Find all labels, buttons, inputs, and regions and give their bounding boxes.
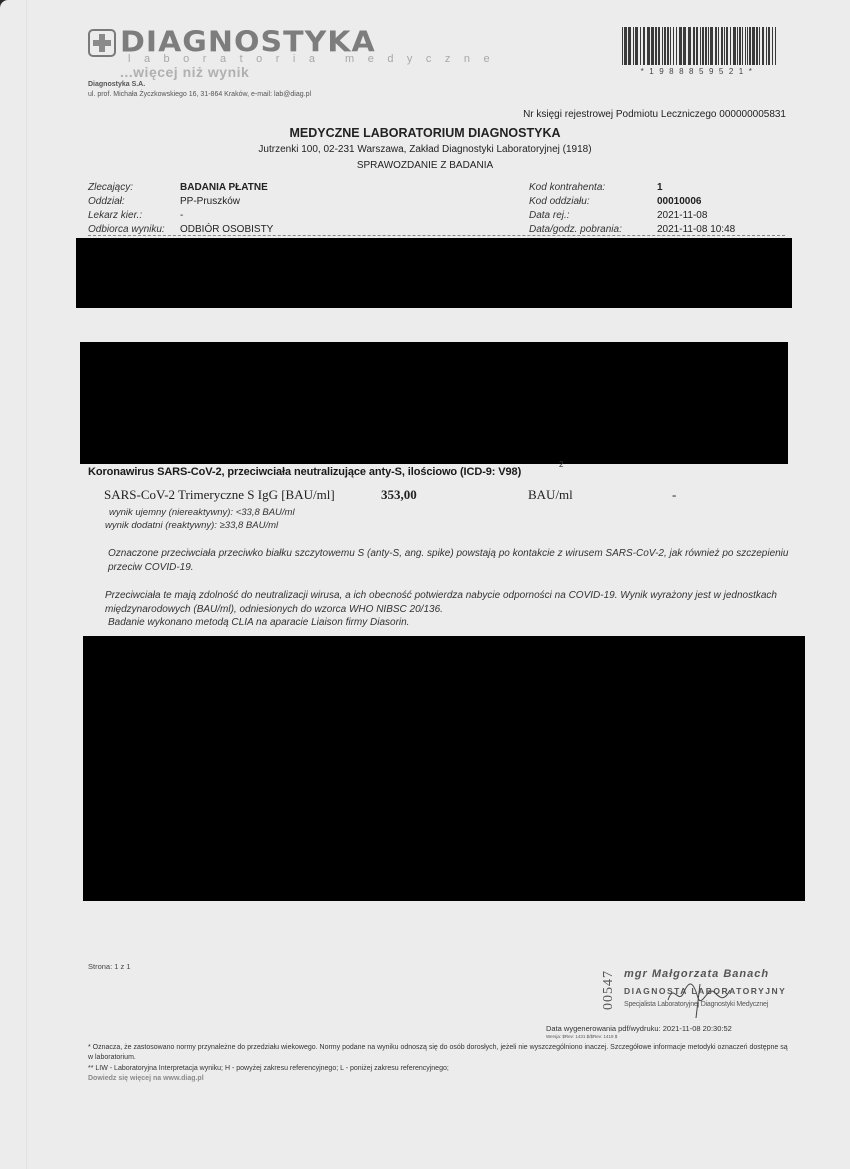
meta-divider: [88, 235, 785, 236]
redacted-results-block: [80, 342, 788, 464]
meta-label-collection-datetime: Data/godz. pobrania:: [529, 224, 622, 235]
meta-label-branch: Oddział:: [88, 196, 125, 207]
company-name: Diagnostyka S.A.: [88, 81, 145, 88]
redacted-lower-block: [83, 636, 805, 901]
report-page: DIAGNOSTYKA laboratoria medyczne ...więc…: [0, 0, 850, 1169]
meta-label-contractor-code: Kod kontrahenta:: [529, 182, 605, 193]
website-link[interactable]: Dowiedz się więcej na www.diag.pl: [88, 1075, 204, 1082]
barcode-number: *1988859521*: [622, 67, 776, 76]
registry-number: Nr księgi rejestrowej Podmiotu Lecznicze…: [523, 109, 786, 120]
test-unit: BAU/ml: [528, 487, 573, 503]
test-flag: -: [672, 487, 676, 503]
company-address: ul. prof. Michała Życzkowskiego 16, 31-8…: [88, 91, 311, 98]
meta-label-recipient: Odbiorca wyniku:: [88, 224, 165, 235]
meta-label-branch-code: Kod oddziału:: [529, 196, 590, 207]
version-info: Wersja: $Rev: 1431 $/$Rev: 1419 $: [546, 1034, 617, 1039]
meta-value-contractor-code: 1: [657, 182, 663, 193]
test-title: Koronawirus SARS-CoV-2, przeciwciała neu…: [88, 466, 521, 478]
meta-value-ordering: BADANIA PŁATNE: [180, 182, 268, 193]
logo-tagline: ...więcej niż wynik: [120, 64, 249, 80]
footnote-legend: ** LIW - Laboratoryjna Interpretacja wyn…: [88, 1064, 788, 1074]
meta-label-registration-date: Data rej.:: [529, 210, 570, 221]
meta-value-doctor: -: [180, 210, 183, 221]
test-superscript: 2: [559, 460, 563, 469]
description-paragraph-2: Przeciwciała te mają zdolność do neutral…: [105, 589, 795, 617]
lab-address: Jutrzenki 100, 02-231 Warszawa, Zakład D…: [0, 144, 850, 155]
meta-value-recipient: ODBIÓR OSOBISTY: [180, 224, 273, 235]
meta-label-doctor: Lekarz kier.:: [88, 210, 142, 221]
test-value: 353,00: [381, 487, 417, 503]
signature-scribble-icon: [660, 972, 740, 1020]
stamp-number: 00547: [603, 968, 619, 1012]
redacted-patient-block: [76, 238, 792, 308]
lab-name: MEDYCZNE LABORATORIUM DIAGNOSTYKA: [0, 126, 850, 140]
method-note: Badanie wykonano metodą CLIA na aparacie…: [108, 616, 798, 630]
meta-value-branch-code: 00010006: [657, 196, 702, 207]
generation-date: Data wygenerowania pdf/wydruku: 2021-11-…: [546, 1024, 732, 1033]
reference-positive: wynik dodatni (reaktywny): ≥33,8 BAU/ml: [105, 520, 278, 531]
page-number: Strona: 1 z 1: [88, 962, 131, 971]
footnote-norms: * Oznacza, że zastosowano normy przynale…: [88, 1043, 788, 1063]
meta-value-registration-date: 2021-11-08: [657, 210, 707, 221]
report-title: SPRAWOZDANIE Z BADANIA: [0, 160, 850, 171]
meta-value-branch: PP-Pruszków: [180, 196, 240, 207]
reference-negative: wynik ujemny (niereaktywny): <33,8 BAU/m…: [109, 507, 295, 518]
meta-label-ordering: Zlecający:: [88, 182, 133, 193]
medical-cross-icon: [88, 29, 116, 57]
meta-value-collection-datetime: 2021-11-08 10:48: [657, 224, 735, 235]
barcode-icon: [622, 27, 776, 65]
description-paragraph-1: Oznaczone przeciwciała przeciwko białku …: [108, 547, 798, 575]
test-name: SARS-CoV-2 Trimeryczne S IgG [BAU/ml]: [104, 487, 335, 503]
